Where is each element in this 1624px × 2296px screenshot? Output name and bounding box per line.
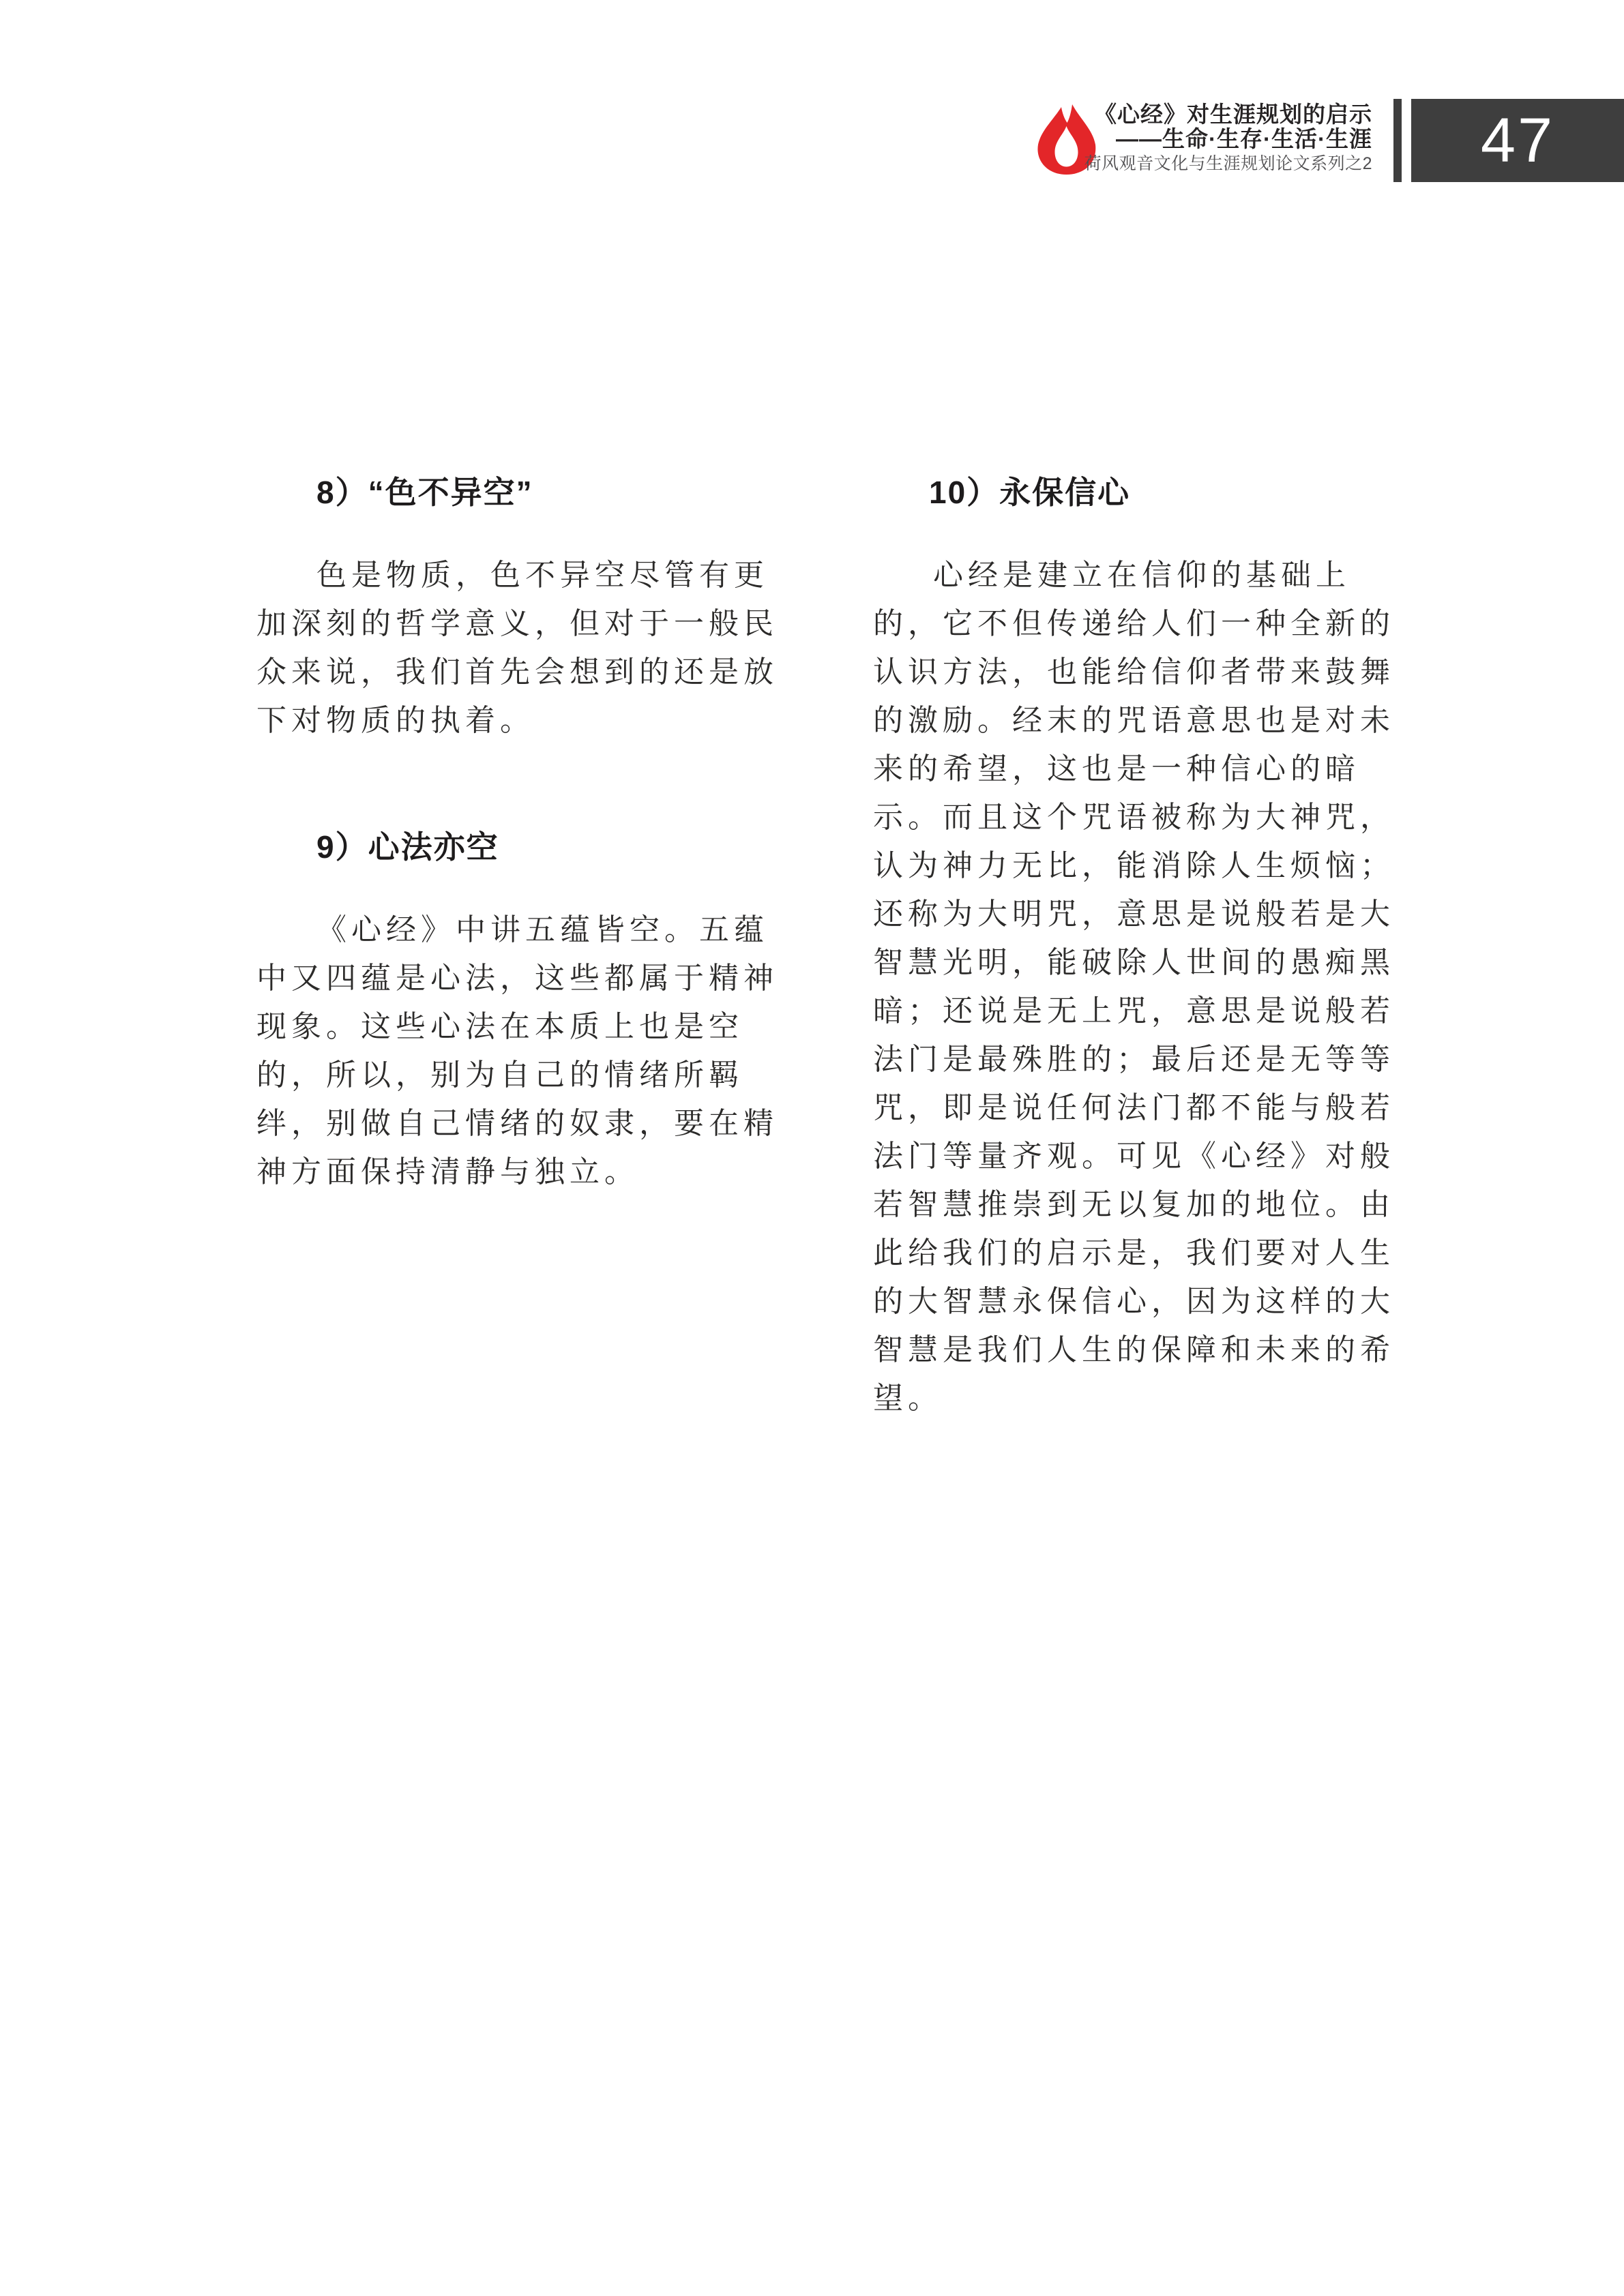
text-line: 下对物质的执着。 xyxy=(256,696,795,745)
text-line: 望。 xyxy=(873,1374,1412,1422)
text-line: 心经是建立在信仰的基础上 xyxy=(873,551,1412,599)
paragraph: 《心经》中讲五蕴皆空。五蕴 中又四蕴是心法，这些都属于精神 现象。这些心法在本质… xyxy=(256,906,795,1196)
section-heading-8: 8）“色不异空” xyxy=(316,475,533,510)
page-number: 47 xyxy=(1481,106,1554,175)
text-line: 众来说，我们首先会想到的还是放 xyxy=(256,648,795,696)
paragraph: 心经是建立在信仰的基础上 的，它不但传递给人们一种全新的 认识方法，也能给信仰者… xyxy=(873,551,1412,1422)
header-divider-bar xyxy=(1393,99,1402,182)
text-line: 绊，别做自己情绪的奴隶，要在精 xyxy=(256,1099,795,1148)
page-number-box: 47 xyxy=(1411,99,1624,182)
text-line: 认为神力无比，能消除人生烦恼； xyxy=(873,841,1412,890)
paragraph: 色是物质，色不异空尽管有更 加深刻的哲学意义，但对于一般民 众来说，我们首先会想… xyxy=(256,551,795,745)
text-line: 的激励。经末的咒语意思也是对未 xyxy=(873,696,1412,745)
text-line: 色是物质，色不异空尽管有更 xyxy=(256,551,795,599)
text-line: 法门等量齐观。可见《心经》对般 xyxy=(873,1132,1412,1180)
text-line: 神方面保持清静与独立。 xyxy=(256,1148,795,1196)
section-heading-10: 10）永保信心 xyxy=(929,475,1130,510)
text-line: 咒，即是说任何法门都不能与般若 xyxy=(873,1084,1412,1132)
text-line: 还称为大明咒，意思是说般若是大 xyxy=(873,890,1412,938)
header-title-line1: 《心经》对生涯规划的启示 xyxy=(1044,102,1372,127)
text-line: 若智慧推崇到无以复加的地位。由 xyxy=(873,1180,1412,1229)
text-line: 来的希望，这也是一种信心的暗 xyxy=(873,745,1412,793)
text-line: 中又四蕴是心法，这些都属于精神 xyxy=(256,954,795,1002)
text-line: 示。而且这个咒语被称为大神咒， xyxy=(873,793,1412,841)
text-line: 《心经》中讲五蕴皆空。五蕴 xyxy=(256,906,795,954)
text-line: 暗；还说是无上咒，意思是说般若 xyxy=(873,987,1412,1035)
text-line: 此给我们的启示是，我们要对人生 xyxy=(873,1229,1412,1277)
section-heading-9: 9）心法亦空 xyxy=(316,829,499,865)
text-line: 法门是最殊胜的；最后还是无等等 xyxy=(873,1035,1412,1084)
text-line: 智慧光明，能破除人世间的愚痴黑 xyxy=(873,938,1412,987)
text-line: 现象。这些心法在本质上也是空 xyxy=(256,1002,795,1051)
header-title-line2: ——生命·生存·生活·生涯 xyxy=(1044,127,1372,151)
text-line: 的大智慧永保信心，因为这样的大 xyxy=(873,1277,1412,1326)
text-line: 认识方法，也能给信仰者带来鼓舞 xyxy=(873,648,1412,696)
text-line: 的，所以，别为自己的情绪所羁 xyxy=(256,1051,795,1099)
text-line: 加深刻的哲学意义，但对于一般民 xyxy=(256,599,795,648)
text-line: 智慧是我们人生的保障和未来的希 xyxy=(873,1326,1412,1374)
text-line: 的，它不但传递给人们一种全新的 xyxy=(873,599,1412,648)
header-titles: 《心经》对生涯规划的启示 ——生命·生存·生活·生涯 荷风观音文化与生涯规划论文… xyxy=(1044,102,1372,175)
header-series-line: 荷风观音文化与生涯规划论文系列之2 xyxy=(1044,153,1372,175)
document-page: 《心经》对生涯规划的启示 ——生命·生存·生活·生涯 荷风观音文化与生涯规划论文… xyxy=(0,0,1624,2296)
